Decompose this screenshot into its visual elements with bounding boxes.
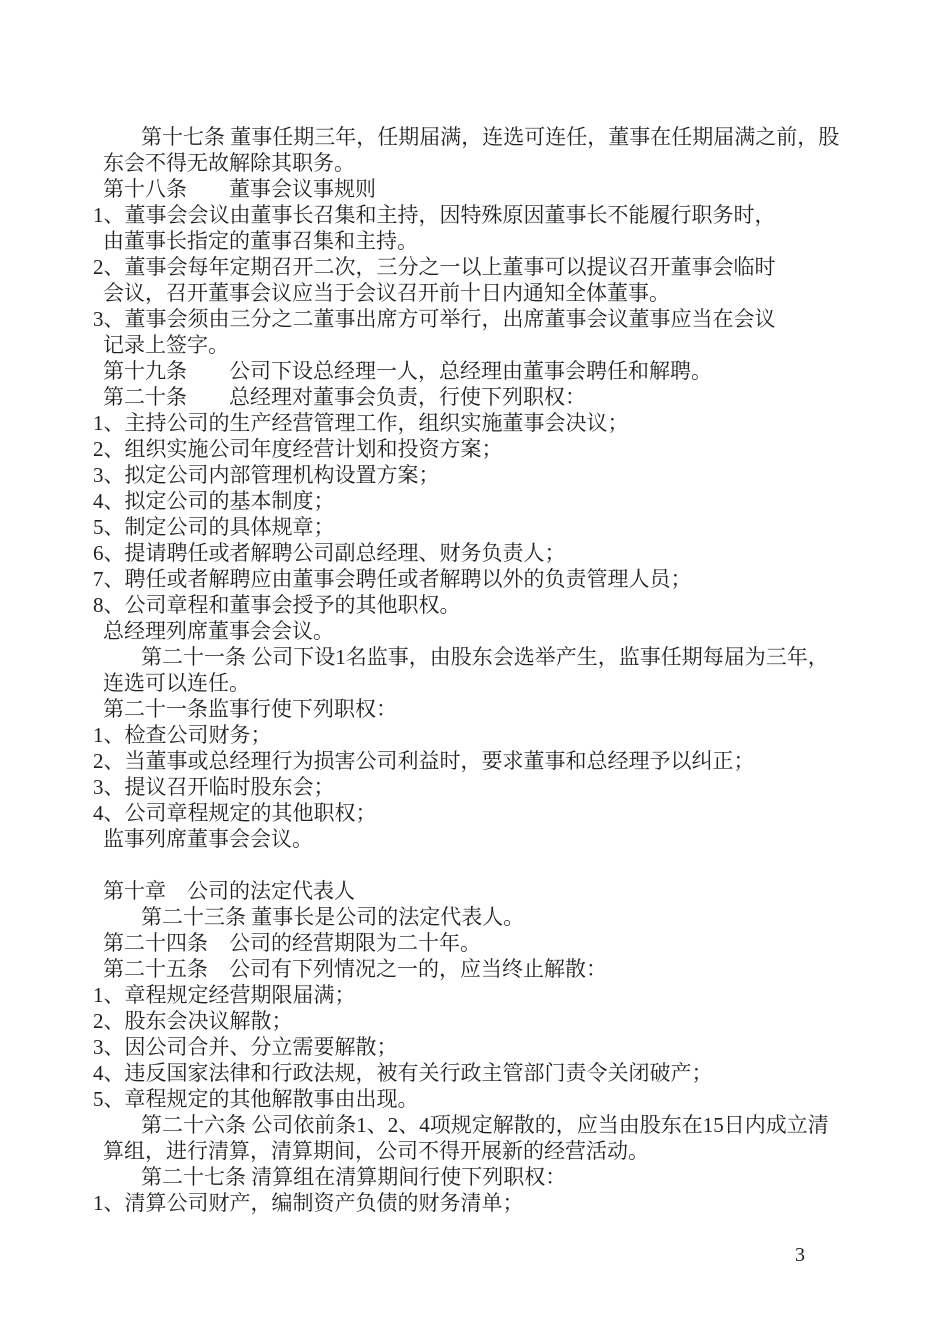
article-19: 第十九条 公司下设总经理一人，总经理由董事会聘任和解聘。 xyxy=(103,358,865,384)
article-18-item-3: 3、董事会须由三分之二董事出席方可举行，出席董事会议董事应当在会议 记录上签字。 xyxy=(103,306,865,358)
article-21-powers: 第二十一条监事行使下列职权： xyxy=(103,696,865,722)
article-24: 第二十四条 公司的经营期限为二十年。 xyxy=(103,930,865,956)
article-20-item-7: 7、聘任或者解聘应由董事会聘任或者解聘以外的负责管理人员； xyxy=(103,566,865,592)
article-20-item-3: 3、拟定公司内部管理机构设置方案； xyxy=(103,462,865,488)
article-18-item-2: 2、董事会每年定期召开二次，三分之一以上董事可以提议召开董事会临时 会议，召开董… xyxy=(103,254,865,306)
article-25-item-4: 4、违反国家法律和行政法规，被有关行政主管部门责令关闭破产； xyxy=(103,1060,865,1086)
article-23: 第二十三条 董事长是公司的法定代表人。 xyxy=(103,904,865,930)
article-25-item-5: 5、章程规定的其他解散事由出现。 xyxy=(103,1086,865,1112)
article-18: 第十八条 董事会议事规则 xyxy=(103,176,865,202)
article-21-item-1: 1、检查公司财务； xyxy=(103,722,865,748)
article-21-supervisor: 第二十一条 公司下设1名监事，由股东会选举产生，监事任期每届为三年， 连选可以连… xyxy=(103,644,865,696)
article-25: 第二十五条 公司有下列情况之一的，应当终止解散： xyxy=(103,956,865,982)
article-20-item-5: 5、制定公司的具体规章； xyxy=(103,514,865,540)
article-20-item-6: 6、提请聘任或者解聘公司副总经理、财务负责人； xyxy=(103,540,865,566)
article-27: 第二十七条 清算组在清算期间行使下列职权： xyxy=(103,1164,865,1190)
document-body: 第十七条 董事任期三年，任期届满，连选可连任，董事在任期届满之前，股 东会不得无… xyxy=(103,124,865,1216)
article-21-item-4: 4、公司章程规定的其他职权； xyxy=(103,800,865,826)
article-27-item-1: 1、清算公司财产，编制资产负债的财务清单； xyxy=(103,1190,865,1216)
article-21-item-3: 3、提议召开临时股东会； xyxy=(103,774,865,800)
chapter-10-heading: 第十章 公司的法定代表人 xyxy=(103,878,865,904)
article-20-item-8: 8、公司章程和董事会授予的其他职权。 xyxy=(103,592,865,618)
article-20-item-2: 2、组织实施公司年度经营计划和投资方案； xyxy=(103,436,865,462)
article-25-item-3: 3、因公司合并、分立需要解散； xyxy=(103,1034,865,1060)
article-20-item-4: 4、拟定公司的基本制度； xyxy=(103,488,865,514)
article-17: 第十七条 董事任期三年，任期届满，连选可连任，董事在任期届满之前，股 东会不得无… xyxy=(103,124,865,176)
supervisor-attendance: 监事列席董事会会议。 xyxy=(103,826,865,852)
article-26: 第二十六条 公司依前条1、2、4项规定解散的，应当由股东在15日内成立清 算组，… xyxy=(103,1112,865,1164)
page-number: 3 xyxy=(795,1242,805,1268)
article-20: 第二十条 总经理对董事会负责，行使下列职权： xyxy=(103,384,865,410)
article-25-item-2: 2、股东会决议解散； xyxy=(103,1008,865,1034)
document-page: 第十七条 董事任期三年，任期届满，连选可连任，董事在任期届满之前，股 东会不得无… xyxy=(0,0,950,1344)
article-20-item-1: 1、主持公司的生产经营管理工作，组织实施董事会决议； xyxy=(103,410,865,436)
article-18-item-1: 1、董事会会议由董事长召集和主持，因特殊原因董事长不能履行职务时， 由董事长指定… xyxy=(103,202,865,254)
article-25-item-1: 1、章程规定经营期限届满； xyxy=(103,982,865,1008)
general-manager-attendance: 总经理列席董事会会议。 xyxy=(103,618,865,644)
article-21-item-2: 2、当董事或总经理行为损害公司利益时，要求董事和总经理予以纠正； xyxy=(103,748,865,774)
